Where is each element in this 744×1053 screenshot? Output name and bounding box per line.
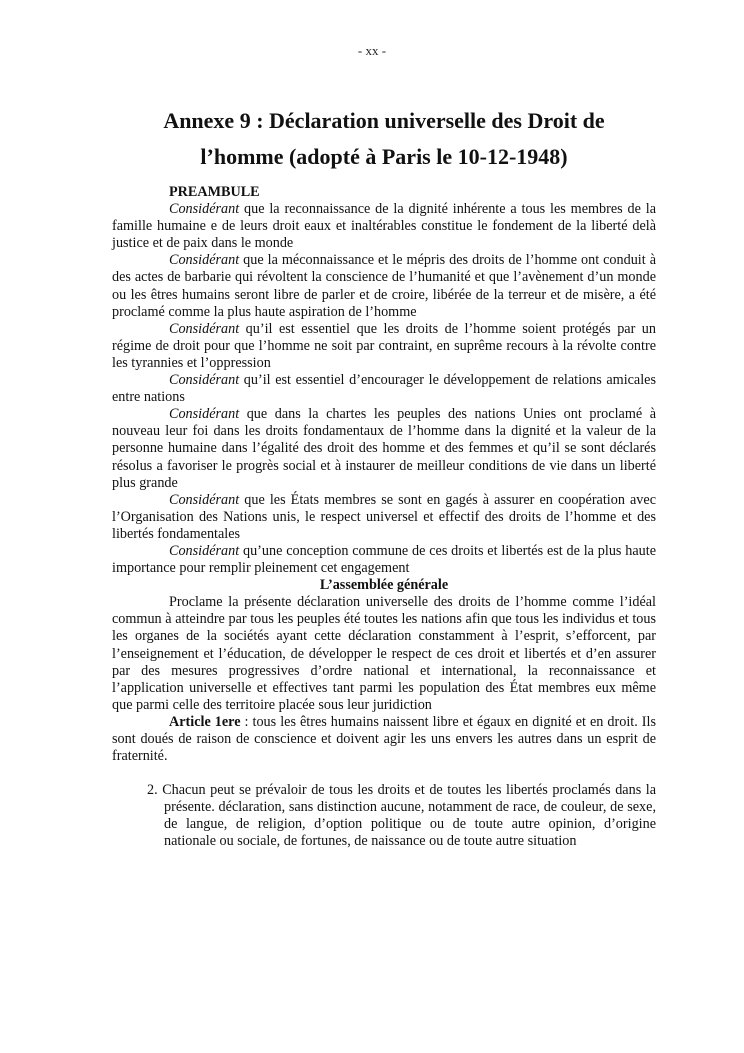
preamble-paragraph: Considérant que la méconnaissance et le …: [112, 252, 656, 320]
preamble-paragraph: Considérant que la reconnaissance de la …: [112, 201, 656, 252]
list-text: Chacun peut se prévaloir de tous les dro…: [162, 782, 656, 849]
paragraph-lead: Considérant: [169, 406, 239, 422]
preamble-heading: PREAMBULE: [112, 184, 656, 201]
article-1-paragraph: Article 1ere : tous les êtres humains na…: [112, 714, 656, 765]
spacer: [112, 765, 656, 782]
assembly-heading: L’assemblée générale: [112, 577, 656, 594]
paragraph-lead: Considérant: [169, 543, 239, 559]
article-label: Article 1ere: [169, 714, 241, 730]
paragraph-lead: Considérant: [169, 252, 239, 268]
preamble-paragraph: Considérant qu’il est essentiel d’encour…: [112, 372, 656, 406]
paragraph-lead: Considérant: [169, 321, 239, 337]
list-item: 2. Chacun peut se prévaloir de tous les …: [164, 782, 656, 850]
preamble-paragraph: Considérant que les États membres se son…: [112, 492, 656, 543]
document-title: Annexe 9 : Déclaration universelle des D…: [112, 103, 656, 175]
preamble-paragraph: Considérant qu’une conception commune de…: [112, 543, 656, 577]
list-marker: 2.: [147, 782, 162, 798]
paragraph-lead: Considérant: [169, 201, 239, 217]
proclamation-paragraph: Proclame la présente déclaration univers…: [112, 594, 656, 714]
document-body: PREAMBULE Considérant que la reconnaissa…: [112, 184, 656, 851]
title-line-1: Annexe 9 : Déclaration universelle des D…: [112, 103, 656, 139]
title-line-2: l’homme (adopté à Paris le 10-12-1948): [112, 139, 656, 175]
preamble-paragraph: Considérant qu’il est essentiel que les …: [112, 321, 656, 372]
paragraph-lead: Considérant: [169, 372, 239, 388]
page-number: - xx -: [0, 43, 744, 59]
paragraph-lead: Considérant: [169, 492, 239, 508]
preamble-paragraph: Considérant que dans la chartes les peup…: [112, 406, 656, 491]
